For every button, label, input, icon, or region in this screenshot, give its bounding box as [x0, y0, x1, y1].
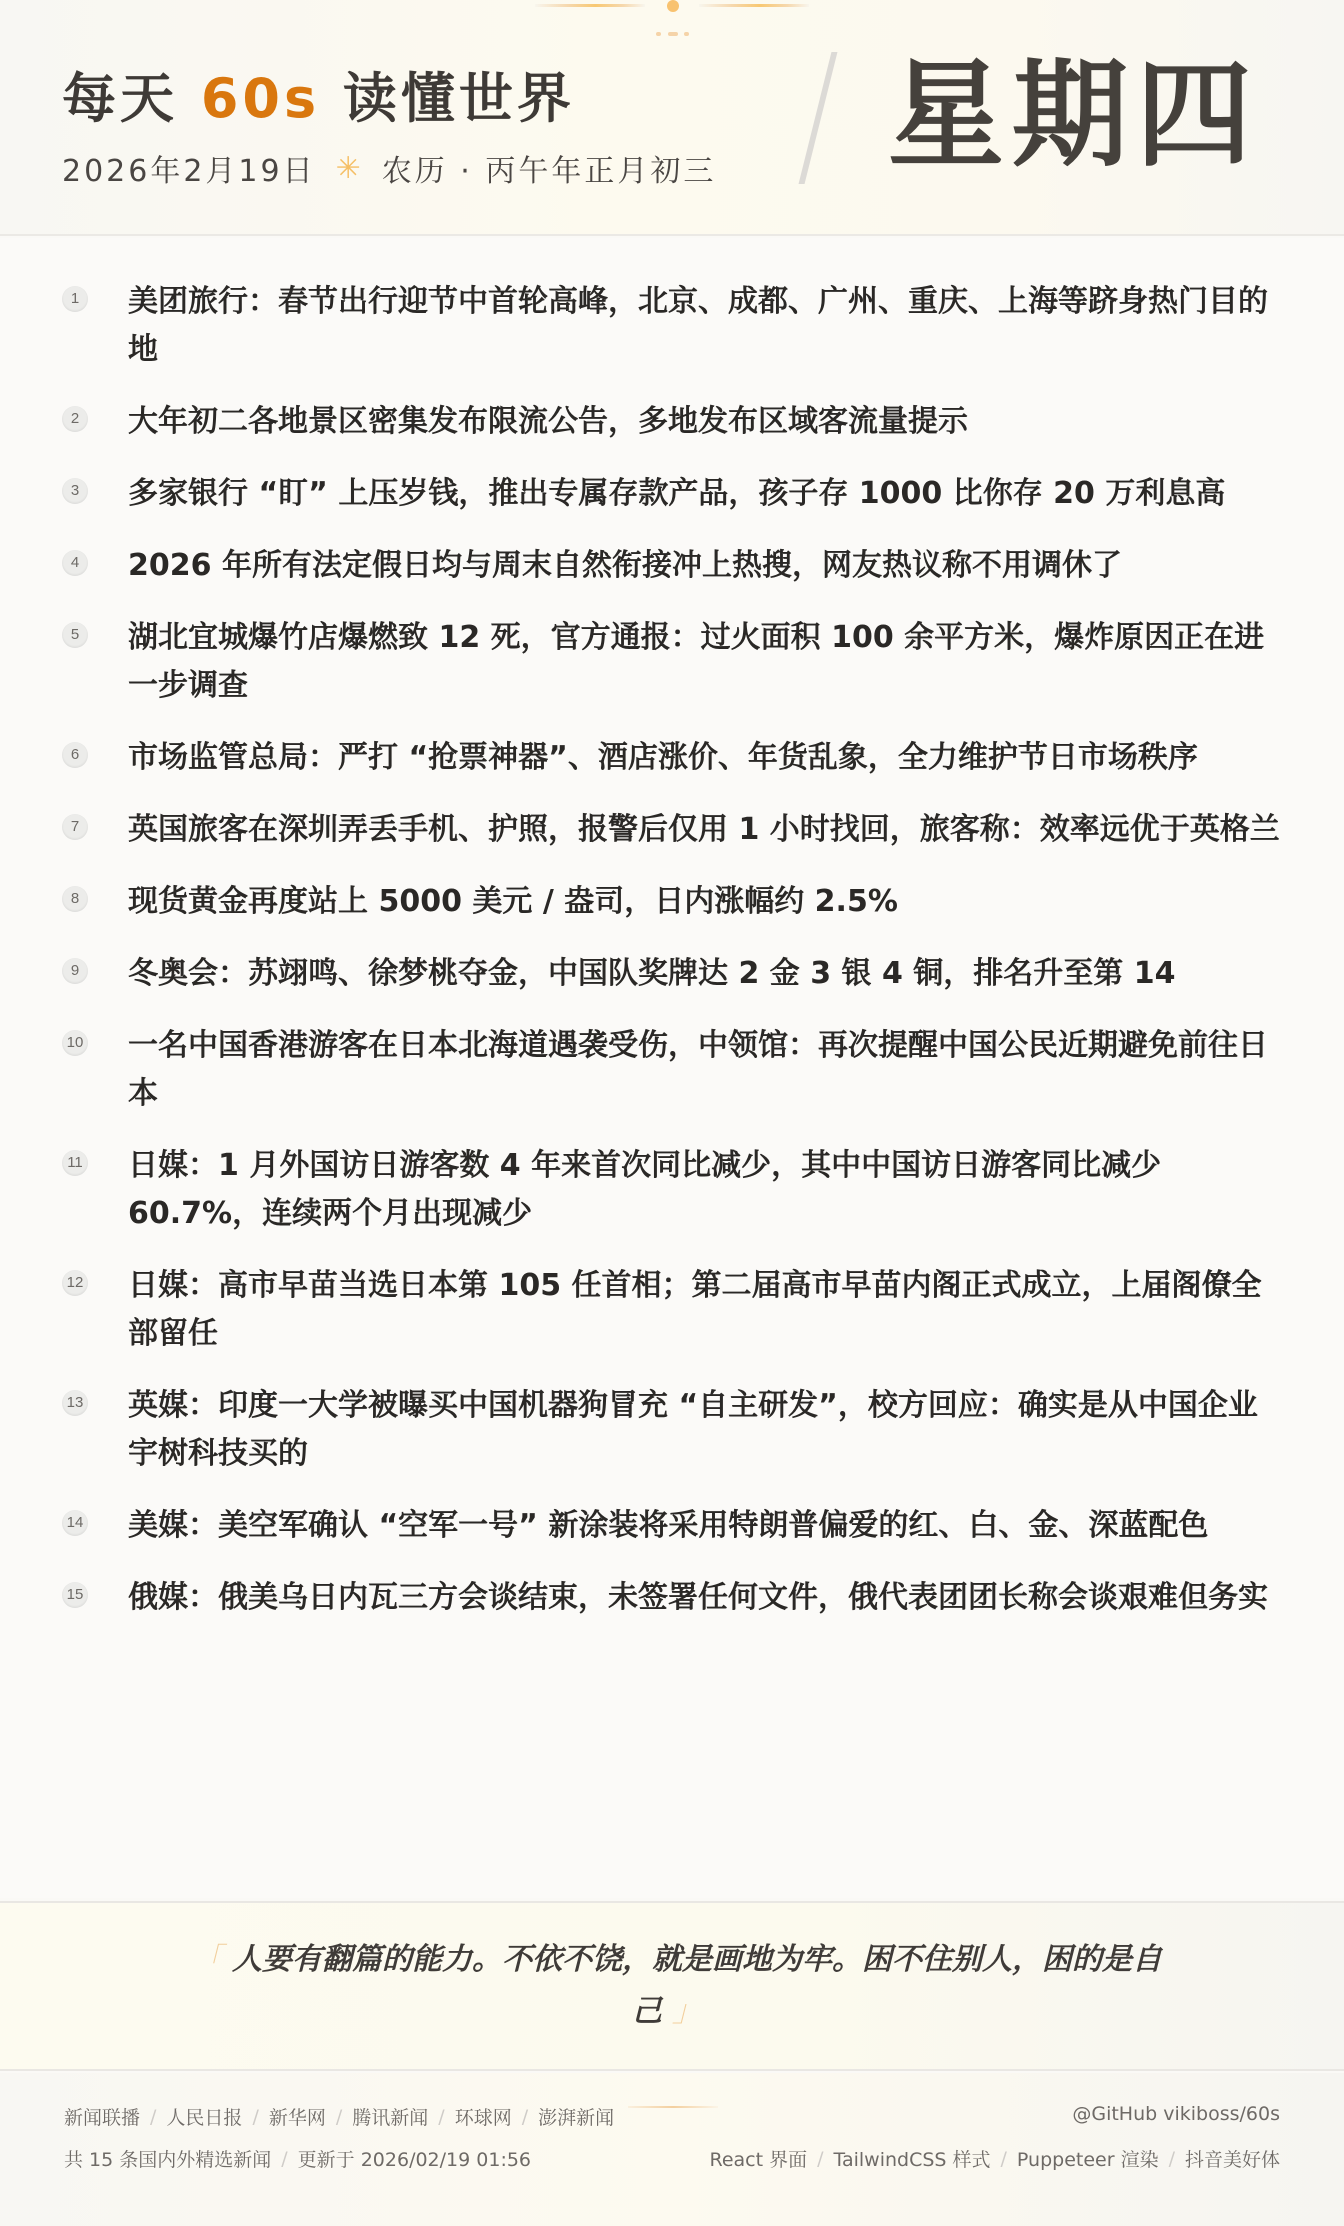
news-item: 10一名中国香港游客在日本北海道遇袭受伤，中领馆：再次提醒中国公民近期避免前往日… — [62, 1022, 1282, 1118]
news-number-badge: 5 — [62, 622, 88, 648]
tech-item: 抖音美好体 — [1185, 2145, 1280, 2172]
news-number-badge: 14 — [62, 1510, 88, 1536]
news-item: 9冬奥会：苏翊鸣、徐梦桃夺金，中国队奖牌达 2 金 3 银 4 铜，排名升至第 … — [62, 950, 1282, 998]
news-number-badge: 8 — [62, 886, 88, 912]
news-number-badge: 6 — [62, 742, 88, 768]
news-item: 14美媒：美空军确认 “空军一号” 新涂装将采用特朗普偏爱的红、白、金、深蓝配色 — [62, 1502, 1282, 1550]
news-number-badge: 11 — [62, 1150, 88, 1176]
news-text: 美媒：美空军确认 “空军一号” 新涂装将采用特朗普偏爱的红、白、金、深蓝配色 — [128, 1502, 1282, 1550]
source-item: 澎湃新闻 — [538, 2103, 614, 2130]
ornament-mini-dash — [668, 32, 678, 36]
news-text: 市场监管总局：严打 “抢票神器”、酒店涨价、年货乱象，全力维护节日市场秩序 — [128, 734, 1282, 782]
source-item: 环球网 — [455, 2103, 512, 2130]
news-text: 湖北宜城爆竹店爆燃致 12 死，官方通报：过火面积 100 余平方米，爆炸原因正… — [128, 614, 1282, 710]
ornament-line-right — [699, 4, 809, 7]
ornament-mini-dot — [656, 32, 661, 36]
news-number-badge: 4 — [62, 550, 88, 576]
news-text: 大年初二各地景区密集发布限流公告，多地发布区域客流量提示 — [128, 398, 1282, 446]
source-item: 腾讯新闻 — [352, 2103, 428, 2130]
separator: / — [522, 2106, 528, 2128]
news-list: 1美团旅行：春节出行迎节中首轮高峰，北京、成都、广州、重庆、上海等跻身热门目的地… — [0, 238, 1344, 1898]
news-text: 冬奥会：苏翊鸣、徐梦桃夺金，中国队奖牌达 2 金 3 银 4 铜，排名升至第 1… — [128, 950, 1282, 998]
news-text: 日媒：高市早苗当选日本第 105 任首相；第二届高市早苗内阁正式成立，上届阁僚全… — [128, 1262, 1282, 1358]
separator: / — [438, 2106, 444, 2128]
updated-time: 更新于 2026/02/19 01:56 — [298, 2145, 531, 2172]
news-item: 6市场监管总局：严打 “抢票神器”、酒店涨价、年货乱象，全力维护节日市场秩序 — [62, 734, 1282, 782]
news-text: 现货黄金再度站上 5000 美元 / 盎司，日内涨幅约 2.5% — [128, 878, 1282, 926]
title-prefix: 每天 — [62, 67, 178, 130]
news-count: 共 15 条国内外精选新闻 — [64, 2145, 271, 2172]
news-number-badge: 1 — [62, 286, 88, 312]
footer-ornament — [628, 2106, 718, 2108]
news-number-badge: 3 — [62, 478, 88, 504]
news-item: 3多家银行 “盯” 上压岁钱，推出专属存款产品，孩子存 1000 比你存 20 … — [62, 470, 1282, 518]
lunar-date: 农历 · 丙午年正月初三 — [382, 146, 717, 190]
news-text: 一名中国香港游客在日本北海道遇袭受伤，中领馆：再次提醒中国公民近期避免前往日本 — [128, 1022, 1282, 1118]
tech-item: Puppeteer 渲染 — [1017, 2145, 1159, 2172]
separator: / — [150, 2106, 156, 2128]
ornament-dot — [667, 0, 679, 12]
github-credit: @GitHub vikiboss/60s — [1072, 2103, 1280, 2125]
news-text: 英媒：印度一大学被曝买中国机器狗冒充 “自主研发”，校方回应：确实是从中国企业宇… — [128, 1382, 1282, 1478]
sun-icon: ✳ — [336, 151, 364, 186]
gregorian-date: 2026年2月19日 — [62, 146, 316, 190]
ornament-line-left — [535, 4, 645, 7]
quote-open-mark: 「 — [192, 1942, 222, 1977]
news-text: 2026 年所有法定假日均与周末自然衔接冲上热搜，网友热议称不用调休了 — [128, 542, 1282, 590]
news-item: 13英媒：印度一大学被曝买中国机器狗冒充 “自主研发”，校方回应：确实是从中国企… — [62, 1382, 1282, 1478]
tech-item: TailwindCSS 样式 — [834, 2145, 991, 2172]
news-number-badge: 7 — [62, 814, 88, 840]
news-text: 英国旅客在深圳弄丢手机、护照，报警后仅用 1 小时找回，旅客称：效率远优于英格兰 — [128, 806, 1282, 854]
separator: / — [1169, 2148, 1175, 2170]
news-item: 5湖北宜城爆竹店爆燃致 12 死，官方通报：过火面积 100 余平方米，爆炸原因… — [62, 614, 1282, 710]
news-text: 多家银行 “盯” 上压岁钱，推出专属存款产品，孩子存 1000 比你存 20 万… — [128, 470, 1282, 518]
source-item: 新华网 — [269, 2103, 326, 2130]
github-link[interactable]: @GitHub vikiboss/60s — [1072, 2103, 1280, 2125]
news-text: 俄媒：俄美乌日内瓦三方会谈结束，未签署任何文件，俄代表团团长称会谈艰难但务实 — [128, 1574, 1282, 1622]
news-number-badge: 12 — [62, 1270, 88, 1296]
news-text: 日媒：1 月外国访日游客数 4 年来首次同比减少，其中中国访日游客同比减少 60… — [128, 1142, 1282, 1238]
news-item: 42026 年所有法定假日均与周末自然衔接冲上热搜，网友热议称不用调休了 — [62, 542, 1282, 590]
page-footer: 新闻联播/ 人民日报/ 新华网/ 腾讯新闻/ 环球网/ 澎湃新闻 共 15 条国… — [0, 2073, 1344, 2226]
source-item: 新闻联播 — [64, 2103, 140, 2130]
header-ornament — [535, 0, 809, 40]
source-item: 人民日报 — [166, 2103, 242, 2130]
tech-item: React 界面 — [709, 2145, 807, 2172]
news-number-badge: 15 — [62, 1582, 88, 1608]
page-title: 每天 60s 读懂世界 — [62, 56, 575, 133]
separator: / — [336, 2106, 342, 2128]
news-item: 7英国旅客在深圳弄丢手机、护照，报警后仅用 1 小时找回，旅客称：效率远优于英格… — [62, 806, 1282, 854]
news-number-badge: 2 — [62, 406, 88, 432]
title-accent: 60s — [201, 67, 320, 130]
news-item: 12日媒：高市早苗当选日本第 105 任首相；第二届高市早苗内阁正式成立，上届阁… — [62, 1262, 1282, 1358]
news-number-badge: 13 — [62, 1390, 88, 1416]
quote-content: 「人要有翻篇的能力。不依不饶，就是画地为牢。困不住别人，困的是自己」 — [152, 1934, 1192, 2038]
date-line: 2026年2月19日 ✳ 农历 · 丙午年正月初三 — [62, 146, 716, 190]
separator: / — [281, 2148, 287, 2170]
divider-slash — [799, 52, 838, 184]
separator: / — [1001, 2148, 1007, 2170]
news-text: 美团旅行：春节出行迎节中首轮高峰，北京、成都、广州、重庆、上海等跻身热门目的地 — [128, 278, 1282, 374]
tech-stack: React 界面/ TailwindCSS 样式/ Puppeteer 渲染/ … — [709, 2145, 1280, 2172]
separator: / — [252, 2106, 258, 2128]
ornament-mini-dot — [684, 32, 689, 36]
news-number-badge: 9 — [62, 958, 88, 984]
news-item: 15俄媒：俄美乌日内瓦三方会谈结束，未签署任何文件，俄代表团团长称会谈艰难但务实 — [62, 1574, 1282, 1622]
title-suffix: 读懂世界 — [343, 67, 575, 130]
news-item: 1美团旅行：春节出行迎节中首轮高峰，北京、成都、广州、重庆、上海等跻身热门目的地 — [62, 278, 1282, 374]
daily-quote: 「人要有翻篇的能力。不依不饶，就是画地为牢。困不住别人，困的是自己」 — [0, 1901, 1344, 2071]
news-number-badge: 10 — [62, 1030, 88, 1056]
separator: / — [817, 2148, 823, 2170]
news-meta: 共 15 条国内外精选新闻/ 更新于 2026/02/19 01:56 — [64, 2145, 531, 2172]
news-sources: 新闻联播/ 人民日报/ 新华网/ 腾讯新闻/ 环球网/ 澎湃新闻 — [64, 2103, 614, 2130]
quote-close-mark: 」 — [672, 1994, 702, 2029]
news-item: 11日媒：1 月外国访日游客数 4 年来首次同比减少，其中中国访日游客同比减少 … — [62, 1142, 1282, 1238]
page-header: 每天 60s 读懂世界 2026年2月19日 ✳ 农历 · 丙午年正月初三 星期… — [0, 0, 1344, 236]
news-item: 8现货黄金再度站上 5000 美元 / 盎司，日内涨幅约 2.5% — [62, 878, 1282, 926]
weekday-label: 星期四 — [888, 46, 1260, 185]
news-item: 2大年初二各地景区密集发布限流公告，多地发布区域客流量提示 — [62, 398, 1282, 446]
